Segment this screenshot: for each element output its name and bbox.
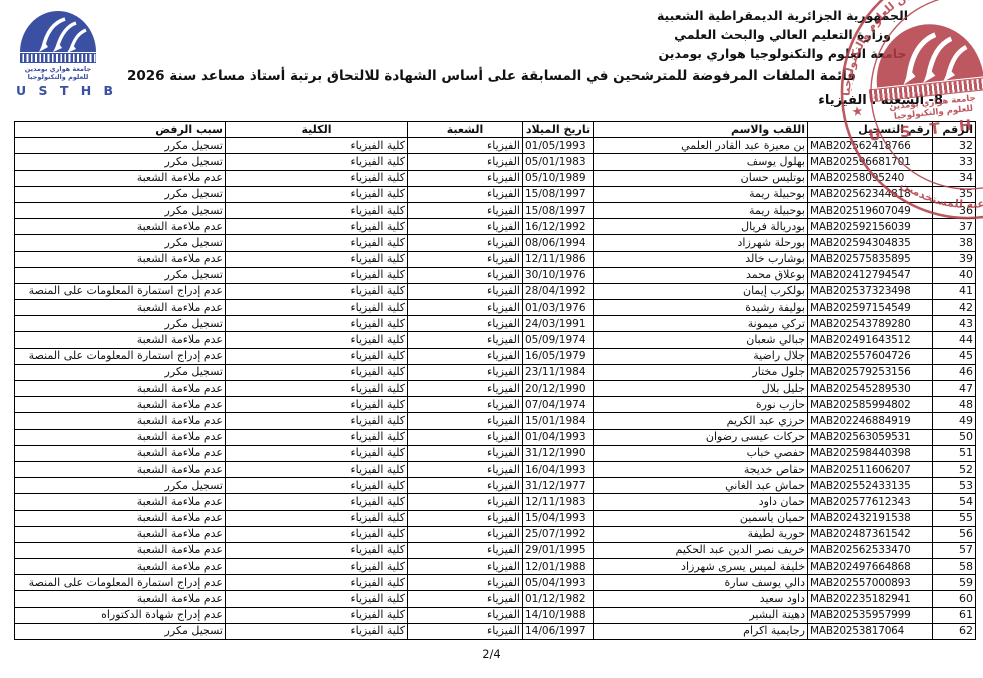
- cell-branch: الفيزياء: [408, 510, 523, 526]
- cell-number: 59: [933, 575, 976, 591]
- cell-faculty: كلية الفيزياء: [226, 445, 408, 461]
- cell-reason: تسجيل مكرر: [15, 235, 226, 251]
- col-header-reason: سبب الرفض: [15, 122, 226, 138]
- cell-registration: MAB202597154549: [808, 300, 933, 316]
- table-row: 42 MAB202597154549 بوليفة رشيدة 01/03/19…: [15, 300, 976, 316]
- cell-birthdate: 05/04/1993: [523, 575, 594, 591]
- cell-faculty: كلية الفيزياء: [226, 283, 408, 299]
- table-row: 40 MAB202412794547 بوعلاق محمد 30/10/197…: [15, 267, 976, 283]
- cell-branch: الفيزياء: [408, 542, 523, 558]
- cell-name: جليل بلال: [594, 381, 808, 397]
- cell-birthdate: 01/05/1993: [523, 138, 594, 154]
- cell-branch: الفيزياء: [408, 429, 523, 445]
- cell-birthdate: 31/12/1977: [523, 478, 594, 494]
- cell-number: 55: [933, 510, 976, 526]
- dome-arrows-icon: [19, 8, 97, 52]
- cell-number: 62: [933, 623, 976, 639]
- cell-name: بورحلة شهرزاد: [594, 235, 808, 251]
- table-row: 52 MAB202511606207 حقاص خديجة 16/04/1993…: [15, 461, 976, 477]
- cell-birthdate: 01/03/1976: [523, 300, 594, 316]
- cell-faculty: كلية الفيزياء: [226, 623, 408, 639]
- cell-reason: تسجيل مكرر: [15, 202, 226, 218]
- cell-name: بوحبيلة ريمة: [594, 186, 808, 202]
- cell-birthdate: 15/08/1997: [523, 186, 594, 202]
- cell-birthdate: 05/09/1974: [523, 332, 594, 348]
- cell-reason: عدم إدراج استمارة المعلومات على المنصة: [15, 348, 226, 364]
- cell-reason: عدم ملاءمة الشعبة: [15, 429, 226, 445]
- cell-name: جبالي شعبان: [594, 332, 808, 348]
- table-row: 48 MAB202585994802 حازب نورة 07/04/1974 …: [15, 397, 976, 413]
- table-row: 51 MAB202598440398 حفصي خباب 31/12/1990 …: [15, 445, 976, 461]
- cell-registration: MAB202511606207: [808, 461, 933, 477]
- cell-branch: الفيزياء: [408, 219, 523, 235]
- cell-reason: تسجيل مكرر: [15, 316, 226, 332]
- cell-reason: تسجيل مكرر: [15, 623, 226, 639]
- cell-number: 45: [933, 348, 976, 364]
- cell-name: بوحبيلة ريمة: [594, 202, 808, 218]
- cell-number: 51: [933, 445, 976, 461]
- stamp-star-left-icon: ★: [851, 104, 865, 120]
- table-row: 53 MAB202552433135 حماش عبد الغاني 31/12…: [15, 478, 976, 494]
- cell-registration: MAB202535957999: [808, 607, 933, 623]
- cell-faculty: كلية الفيزياء: [226, 510, 408, 526]
- cell-faculty: كلية الفيزياء: [226, 364, 408, 380]
- cell-faculty: كلية الفيزياء: [226, 300, 408, 316]
- cell-birthdate: 25/07/1992: [523, 526, 594, 542]
- cell-name: بوعلاق محمد: [594, 267, 808, 283]
- cell-name: دالي يوسف سارة: [594, 575, 808, 591]
- cell-branch: الفيزياء: [408, 623, 523, 639]
- col-header-birthdate: تاريخ الميلاد: [523, 122, 594, 138]
- cell-birthdate: 28/04/1992: [523, 283, 594, 299]
- cell-faculty: كلية الفيزياء: [226, 526, 408, 542]
- cell-branch: الفيزياء: [408, 559, 523, 575]
- cell-faculty: كلية الفيزياء: [226, 186, 408, 202]
- table-row: 50 MAB202563059531 حركات عيسى رضوان 01/0…: [15, 429, 976, 445]
- cell-faculty: كلية الفيزياء: [226, 559, 408, 575]
- cell-number: 54: [933, 494, 976, 510]
- cell-branch: الفيزياء: [408, 445, 523, 461]
- stamp-dome-arrows-icon: [861, 14, 983, 89]
- table-row: 58 MAB202497664868 خليفة لميس يسرى شهرزا…: [15, 559, 976, 575]
- cell-number: 40: [933, 267, 976, 283]
- cell-name: جلال راضية: [594, 348, 808, 364]
- cell-registration: MAB202552433135: [808, 478, 933, 494]
- table-row: 39 MAB202575835895 بوشارب خالد 12/11/198…: [15, 251, 976, 267]
- cell-faculty: كلية الفيزياء: [226, 348, 408, 364]
- cell-registration: MAB202563059531: [808, 429, 933, 445]
- cell-faculty: كلية الفيزياء: [226, 397, 408, 413]
- cell-number: 53: [933, 478, 976, 494]
- cell-number: 49: [933, 413, 976, 429]
- cell-birthdate: 05/01/1983: [523, 154, 594, 170]
- cell-reason: عدم ملاءمة الشعبة: [15, 219, 226, 235]
- cell-faculty: كلية الفيزياء: [226, 138, 408, 154]
- cell-birthdate: 14/06/1997: [523, 623, 594, 639]
- cell-name: تركي ميمونة: [594, 316, 808, 332]
- cell-branch: الفيزياء: [408, 267, 523, 283]
- cell-branch: الفيزياء: [408, 494, 523, 510]
- cell-faculty: كلية الفيزياء: [226, 316, 408, 332]
- cell-name: حركات عيسى رضوان: [594, 429, 808, 445]
- cell-faculty: كلية الفيزياء: [226, 381, 408, 397]
- cell-branch: الفيزياء: [408, 235, 523, 251]
- cell-faculty: كلية الفيزياء: [226, 607, 408, 623]
- table-row: 44 MAB202491643512 جبالي شعبان 05/09/197…: [15, 332, 976, 348]
- cell-branch: الفيزياء: [408, 381, 523, 397]
- cell-birthdate: 07/04/1974: [523, 397, 594, 413]
- cell-faculty: كلية الفيزياء: [226, 429, 408, 445]
- cell-birthdate: 15/04/1993: [523, 510, 594, 526]
- table-row: 49 MAB202246884919 حرزي عبد الكريم 15/01…: [15, 413, 976, 429]
- cell-reason: عدم إدراج استمارة المعلومات على المنصة: [15, 575, 226, 591]
- cell-name: حميان ياسمين: [594, 510, 808, 526]
- cell-reason: عدم ملاءمة الشعبة: [15, 445, 226, 461]
- cell-birthdate: 15/01/1984: [523, 413, 594, 429]
- cell-registration: MAB202575835895: [808, 251, 933, 267]
- cell-registration: MAB202598440398: [808, 445, 933, 461]
- cell-name: حازب نورة: [594, 397, 808, 413]
- usthb-logo: جامعة هواري بومدين للعلوم والتكنولوجيا U…: [16, 8, 100, 98]
- cell-name: بن معيزة عبد القادر العلمي: [594, 138, 808, 154]
- cell-faculty: كلية الفيزياء: [226, 494, 408, 510]
- cell-birthdate: 12/11/1986: [523, 251, 594, 267]
- cell-faculty: كلية الفيزياء: [226, 154, 408, 170]
- cell-reason: تسجيل مكرر: [15, 364, 226, 380]
- cell-birthdate: 20/12/1990: [523, 381, 594, 397]
- cell-reason: تسجيل مكرر: [15, 267, 226, 283]
- cell-branch: الفيزياء: [408, 300, 523, 316]
- table-row: 61 MAB202535957999 دهينة البشير 14/10/19…: [15, 607, 976, 623]
- cell-reason: عدم ملاءمة الشعبة: [15, 494, 226, 510]
- cell-registration: MAB202557000893: [808, 575, 933, 591]
- cell-branch: الفيزياء: [408, 154, 523, 170]
- cell-reason: عدم ملاءمة الشعبة: [15, 300, 226, 316]
- cell-registration: MAB202579253156: [808, 364, 933, 380]
- cell-reason: تسجيل مكرر: [15, 138, 226, 154]
- cell-birthdate: 16/12/1992: [523, 219, 594, 235]
- cell-registration: MAB202412794547: [808, 267, 933, 283]
- cell-birthdate: 08/06/1994: [523, 235, 594, 251]
- cell-name: داود سعيد: [594, 591, 808, 607]
- cell-branch: الفيزياء: [408, 251, 523, 267]
- cell-reason: عدم ملاءمة الشعبة: [15, 413, 226, 429]
- cell-faculty: كلية الفيزياء: [226, 591, 408, 607]
- cell-reason: تسجيل مكرر: [15, 186, 226, 202]
- cell-branch: الفيزياء: [408, 575, 523, 591]
- cell-branch: الفيزياء: [408, 170, 523, 186]
- table-row: 60 MAB202235182941 داود سعيد 01/12/1982 …: [15, 591, 976, 607]
- cell-name: بوليفة رشيدة: [594, 300, 808, 316]
- cell-reason: عدم إدراج استمارة المعلومات على المنصة: [15, 283, 226, 299]
- cell-reason: عدم ملاءمة الشعبة: [15, 397, 226, 413]
- cell-reason: عدم إدراج شهادة الدكتوراه: [15, 607, 226, 623]
- cell-name: حماش عبد الغاني: [594, 478, 808, 494]
- cell-registration: MAB202545289530: [808, 381, 933, 397]
- cell-reason: تسجيل مكرر: [15, 154, 226, 170]
- cell-branch: الفيزياء: [408, 332, 523, 348]
- cell-number: 47: [933, 381, 976, 397]
- cell-number: 39: [933, 251, 976, 267]
- table-row: 62 MAB20253817064 رجايمية اكرام 14/06/19…: [15, 623, 976, 639]
- cell-branch: الفيزياء: [408, 591, 523, 607]
- table-row: 47 MAB202545289530 جليل بلال 20/12/1990 …: [15, 381, 976, 397]
- cell-birthdate: 16/04/1993: [523, 461, 594, 477]
- cell-name: دهينة البشير: [594, 607, 808, 623]
- cell-reason: عدم ملاءمة الشعبة: [15, 526, 226, 542]
- cell-name: خليفة لميس يسرى شهرزاد: [594, 559, 808, 575]
- cell-reason: عدم ملاءمة الشعبة: [15, 332, 226, 348]
- cell-faculty: كلية الفيزياء: [226, 267, 408, 283]
- cell-branch: الفيزياء: [408, 348, 523, 364]
- logo-usthb-letters: U S T H B: [16, 83, 100, 98]
- table-row: 59 MAB202557000893 دالي يوسف سارة 05/04/…: [15, 575, 976, 591]
- cell-name: حرزي عبد الكريم: [594, 413, 808, 429]
- cell-name: حورية لطيفة: [594, 526, 808, 542]
- cell-faculty: كلية الفيزياء: [226, 170, 408, 186]
- cell-registration: MAB202537323498: [808, 283, 933, 299]
- cell-branch: الفيزياء: [408, 283, 523, 299]
- cell-name: بودريالة فريال: [594, 219, 808, 235]
- logo-hatched-bar: [20, 53, 96, 63]
- cell-name: بهلول يوسف: [594, 154, 808, 170]
- col-header-faculty: الكلية: [226, 122, 408, 138]
- cell-birthdate: 12/11/1983: [523, 494, 594, 510]
- stamp-center-logo: جامعة هواري بومدين للعلوم والتكنولوجيا U…: [857, 13, 983, 144]
- cell-number: 43: [933, 316, 976, 332]
- cell-name: بوتليس حسان: [594, 170, 808, 186]
- cell-name: رجايمية اكرام: [594, 623, 808, 639]
- cell-birthdate: 01/04/1993: [523, 429, 594, 445]
- cell-reason: عدم ملاءمة الشعبة: [15, 381, 226, 397]
- table-row: 41 MAB202537323498 بولكرب إيمان 28/04/19…: [15, 283, 976, 299]
- cell-registration: MAB202246884919: [808, 413, 933, 429]
- cell-branch: الفيزياء: [408, 607, 523, 623]
- cell-birthdate: 05/10/1989: [523, 170, 594, 186]
- cell-branch: الفيزياء: [408, 186, 523, 202]
- cell-name: حمان داود: [594, 494, 808, 510]
- cell-birthdate: 01/12/1982: [523, 591, 594, 607]
- cell-number: 41: [933, 283, 976, 299]
- table-row: 45 MAB202557604726 جلال راضية 16/05/1979…: [15, 348, 976, 364]
- cell-faculty: كلية الفيزياء: [226, 202, 408, 218]
- page-number: 2/4: [0, 647, 983, 661]
- cell-birthdate: 12/01/1988: [523, 559, 594, 575]
- cell-number: 42: [933, 300, 976, 316]
- table-row: 46 MAB202579253156 جلول مختار 23/11/1984…: [15, 364, 976, 380]
- cell-birthdate: 14/10/1988: [523, 607, 594, 623]
- cell-branch: الفيزياء: [408, 202, 523, 218]
- cell-registration: MAB202491643512: [808, 332, 933, 348]
- cell-faculty: كلية الفيزياء: [226, 461, 408, 477]
- cell-number: 44: [933, 332, 976, 348]
- cell-name: جلول مختار: [594, 364, 808, 380]
- cell-birthdate: 30/10/1976: [523, 267, 594, 283]
- cell-reason: عدم ملاءمة الشعبة: [15, 251, 226, 267]
- cell-name: بوشارب خالد: [594, 251, 808, 267]
- cell-branch: الفيزياء: [408, 526, 523, 542]
- cell-reason: عدم ملاءمة الشعبة: [15, 461, 226, 477]
- cell-birthdate: 16/05/1979: [523, 348, 594, 364]
- cell-number: 58: [933, 559, 976, 575]
- cell-reason: عدم ملاءمة الشعبة: [15, 510, 226, 526]
- cell-reason: تسجيل مكرر: [15, 478, 226, 494]
- cell-registration: MAB20253817064: [808, 623, 933, 639]
- table-row: 43 MAB202543789280 تركي ميمونة 24/03/199…: [15, 316, 976, 332]
- cell-number: 52: [933, 461, 976, 477]
- cell-reason: عدم ملاءمة الشعبة: [15, 542, 226, 558]
- cell-registration: MAB202557604726: [808, 348, 933, 364]
- cell-registration: MAB202585994802: [808, 397, 933, 413]
- cell-branch: الفيزياء: [408, 316, 523, 332]
- cell-reason: عدم ملاءمة الشعبة: [15, 170, 226, 186]
- cell-registration: MAB202497664868: [808, 559, 933, 575]
- cell-registration: MAB202543789280: [808, 316, 933, 332]
- cell-registration: MAB202487361542: [808, 526, 933, 542]
- cell-branch: الفيزياء: [408, 364, 523, 380]
- cell-branch: الفيزياء: [408, 478, 523, 494]
- cell-reason: عدم ملاءمة الشعبة: [15, 559, 226, 575]
- cell-faculty: كلية الفيزياء: [226, 478, 408, 494]
- cell-registration: MAB202235182941: [808, 591, 933, 607]
- cell-faculty: كلية الفيزياء: [226, 413, 408, 429]
- cell-branch: الفيزياء: [408, 138, 523, 154]
- cell-registration: MAB202432191538: [808, 510, 933, 526]
- table-row: 57 MAB202562533470 خريف نصر الدين عبد ال…: [15, 542, 976, 558]
- cell-name: بولكرب إيمان: [594, 283, 808, 299]
- cell-branch: الفيزياء: [408, 413, 523, 429]
- cell-registration: MAB202577612343: [808, 494, 933, 510]
- col-header-name: اللقب والاسم: [594, 122, 808, 138]
- cell-branch: الفيزياء: [408, 461, 523, 477]
- cell-number: 57: [933, 542, 976, 558]
- cell-birthdate: 23/11/1984: [523, 364, 594, 380]
- cell-birthdate: 31/12/1990: [523, 445, 594, 461]
- cell-faculty: كلية الفيزياء: [226, 251, 408, 267]
- table-row: 56 MAB202487361542 حورية لطيفة 25/07/199…: [15, 526, 976, 542]
- cell-birthdate: 29/01/1995: [523, 542, 594, 558]
- cell-number: 48: [933, 397, 976, 413]
- cell-reason: عدم ملاءمة الشعبة: [15, 591, 226, 607]
- cell-faculty: كلية الفيزياء: [226, 235, 408, 251]
- cell-name: حقاص خديجة: [594, 461, 808, 477]
- document-page: جامعة هواري بومدين للعلوم والتكنولوجيا U…: [0, 0, 983, 678]
- cell-number: 46: [933, 364, 976, 380]
- table-row: 54 MAB202577612343 حمان داود 12/11/1983 …: [15, 494, 976, 510]
- table-row: 55 MAB202432191538 حميان ياسمين 15/04/19…: [15, 510, 976, 526]
- cell-number: 56: [933, 526, 976, 542]
- cell-branch: الفيزياء: [408, 397, 523, 413]
- cell-birthdate: 24/03/1991: [523, 316, 594, 332]
- cell-faculty: كلية الفيزياء: [226, 332, 408, 348]
- col-header-branch: الشعبة: [408, 122, 523, 138]
- cell-registration: MAB202562533470: [808, 542, 933, 558]
- cell-number: 60: [933, 591, 976, 607]
- cell-name: حفصي خباب: [594, 445, 808, 461]
- cell-faculty: كلية الفيزياء: [226, 575, 408, 591]
- cell-number: 50: [933, 429, 976, 445]
- cell-birthdate: 15/08/1997: [523, 202, 594, 218]
- cell-number: 61: [933, 607, 976, 623]
- cell-name: خريف نصر الدين عبد الحكيم: [594, 542, 808, 558]
- cell-faculty: كلية الفيزياء: [226, 219, 408, 235]
- cell-faculty: كلية الفيزياء: [226, 542, 408, 558]
